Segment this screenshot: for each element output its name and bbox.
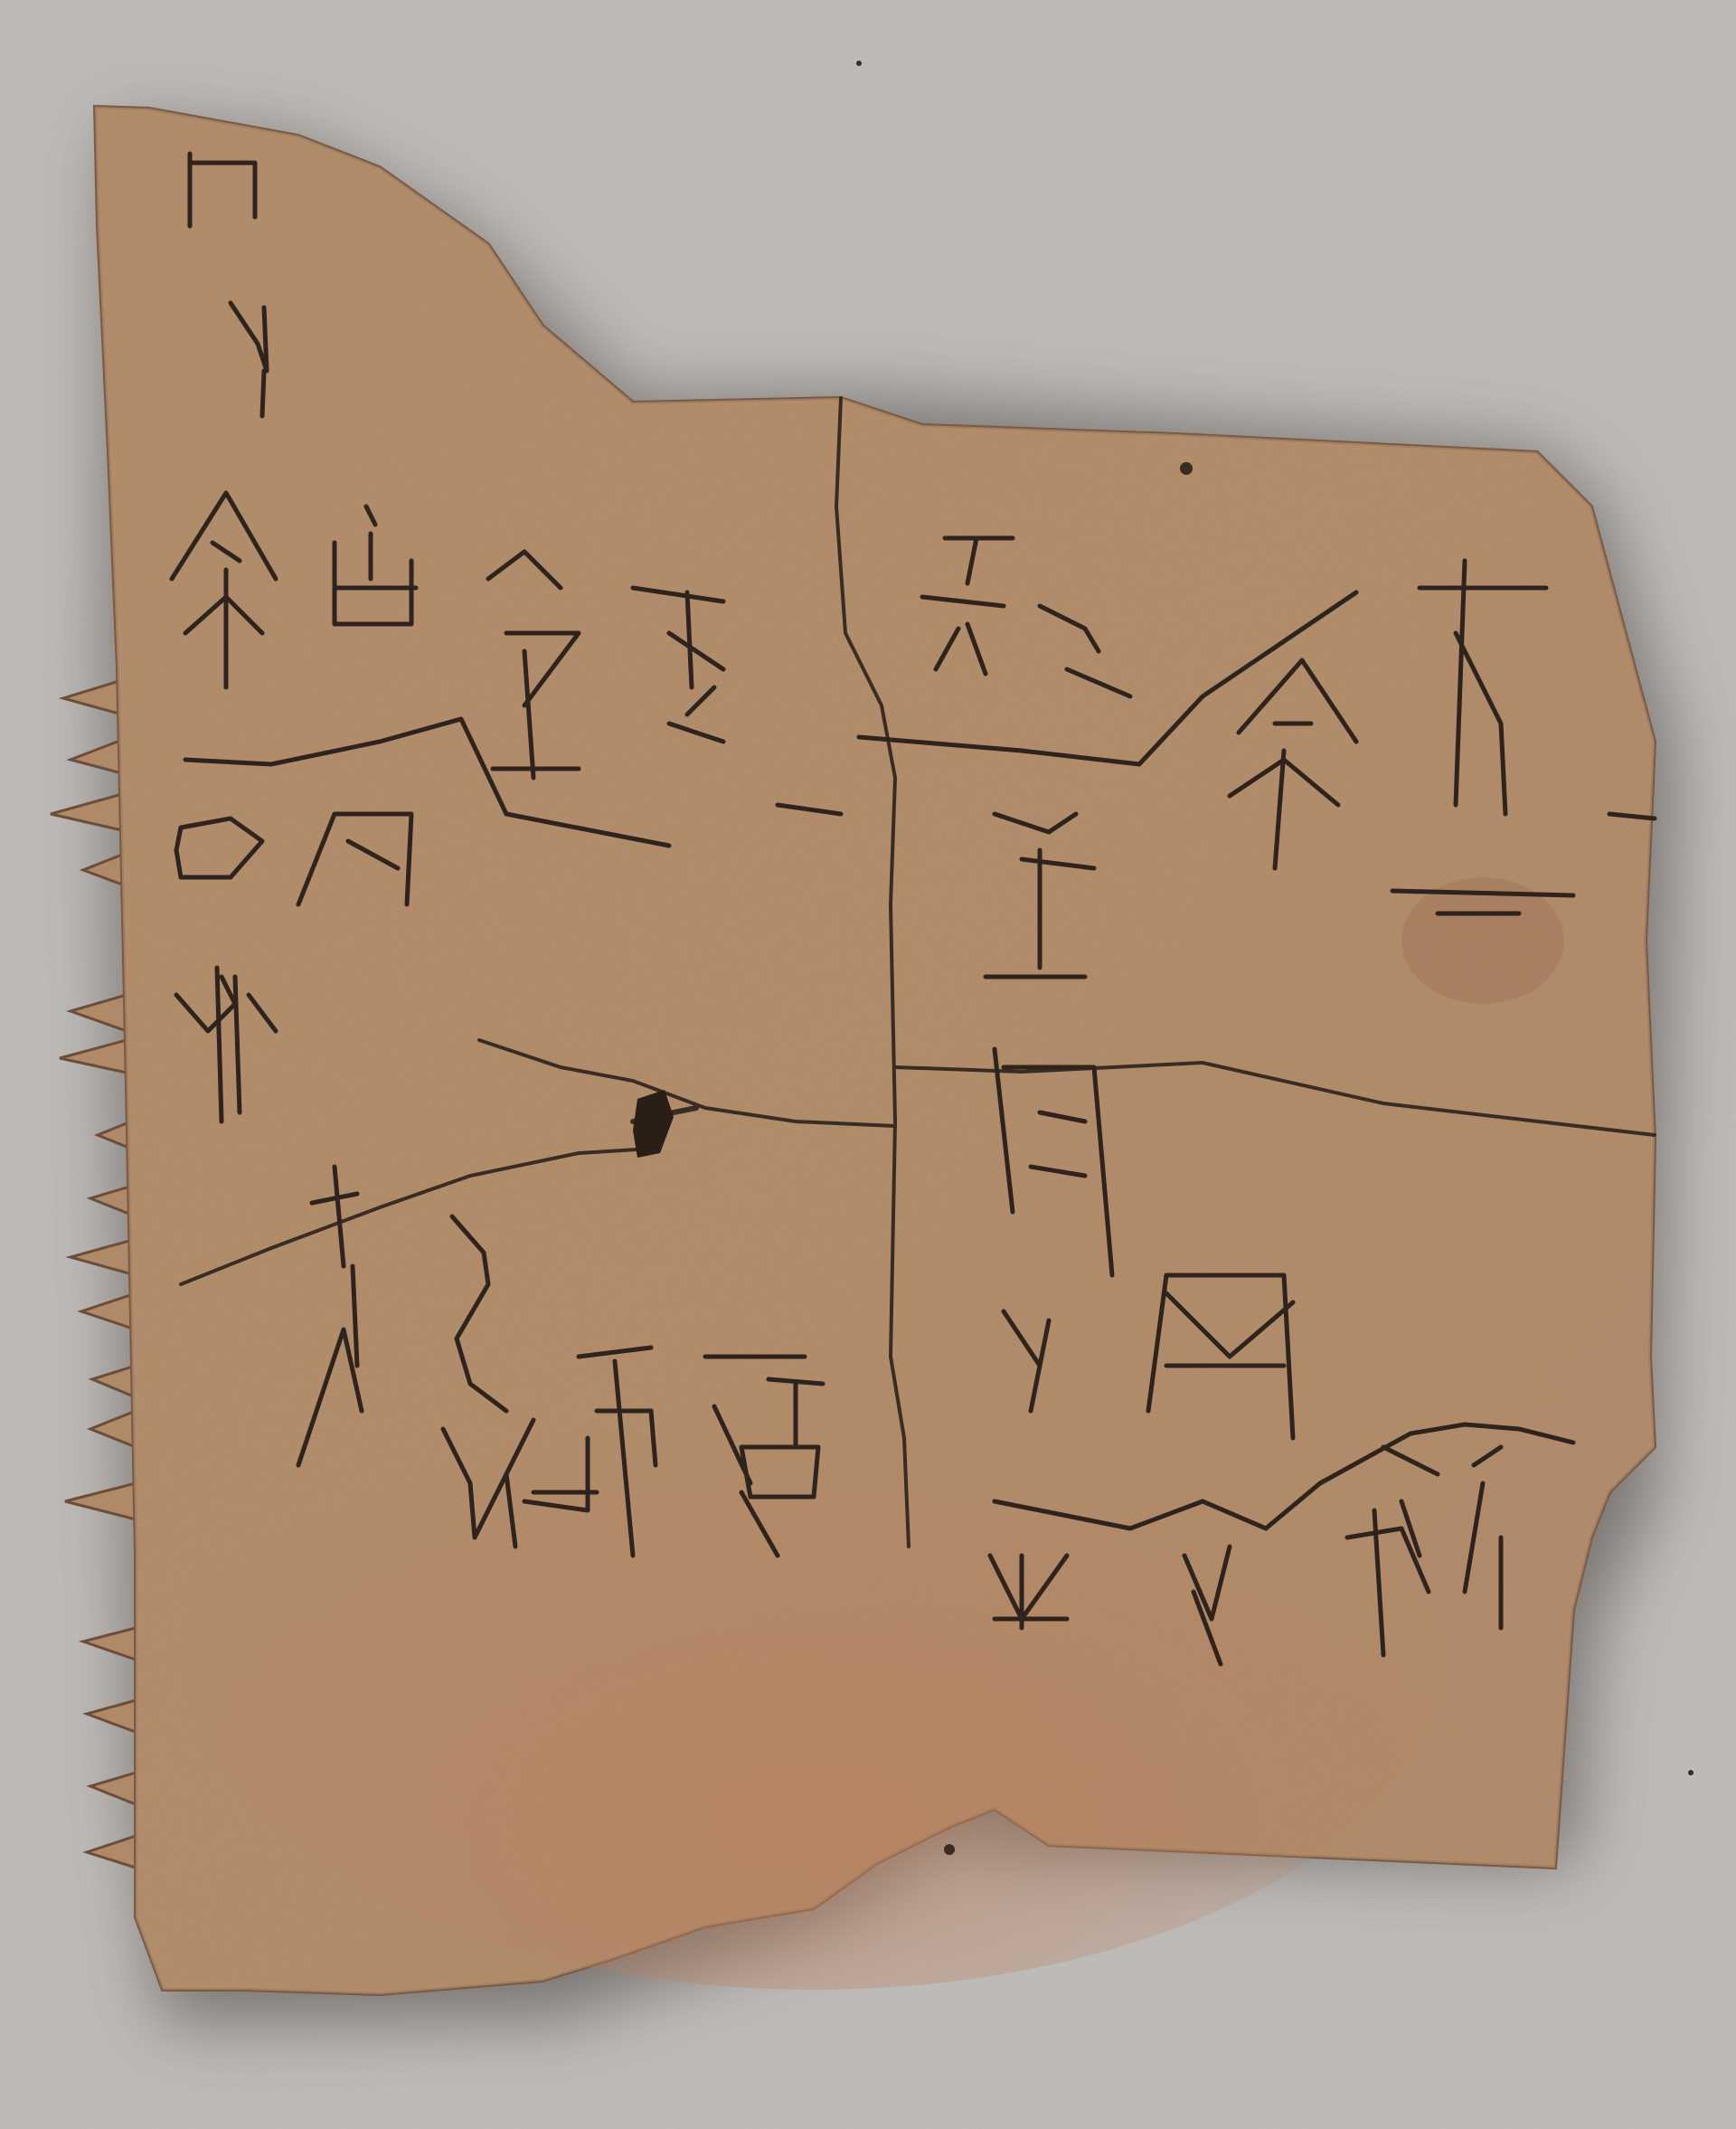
oracle-bone-photo <box>0 0 1736 2129</box>
rust-stain <box>181 1302 1447 1990</box>
photo-scene: Photograph of an oracle bone fragment wi… <box>0 0 1736 2129</box>
